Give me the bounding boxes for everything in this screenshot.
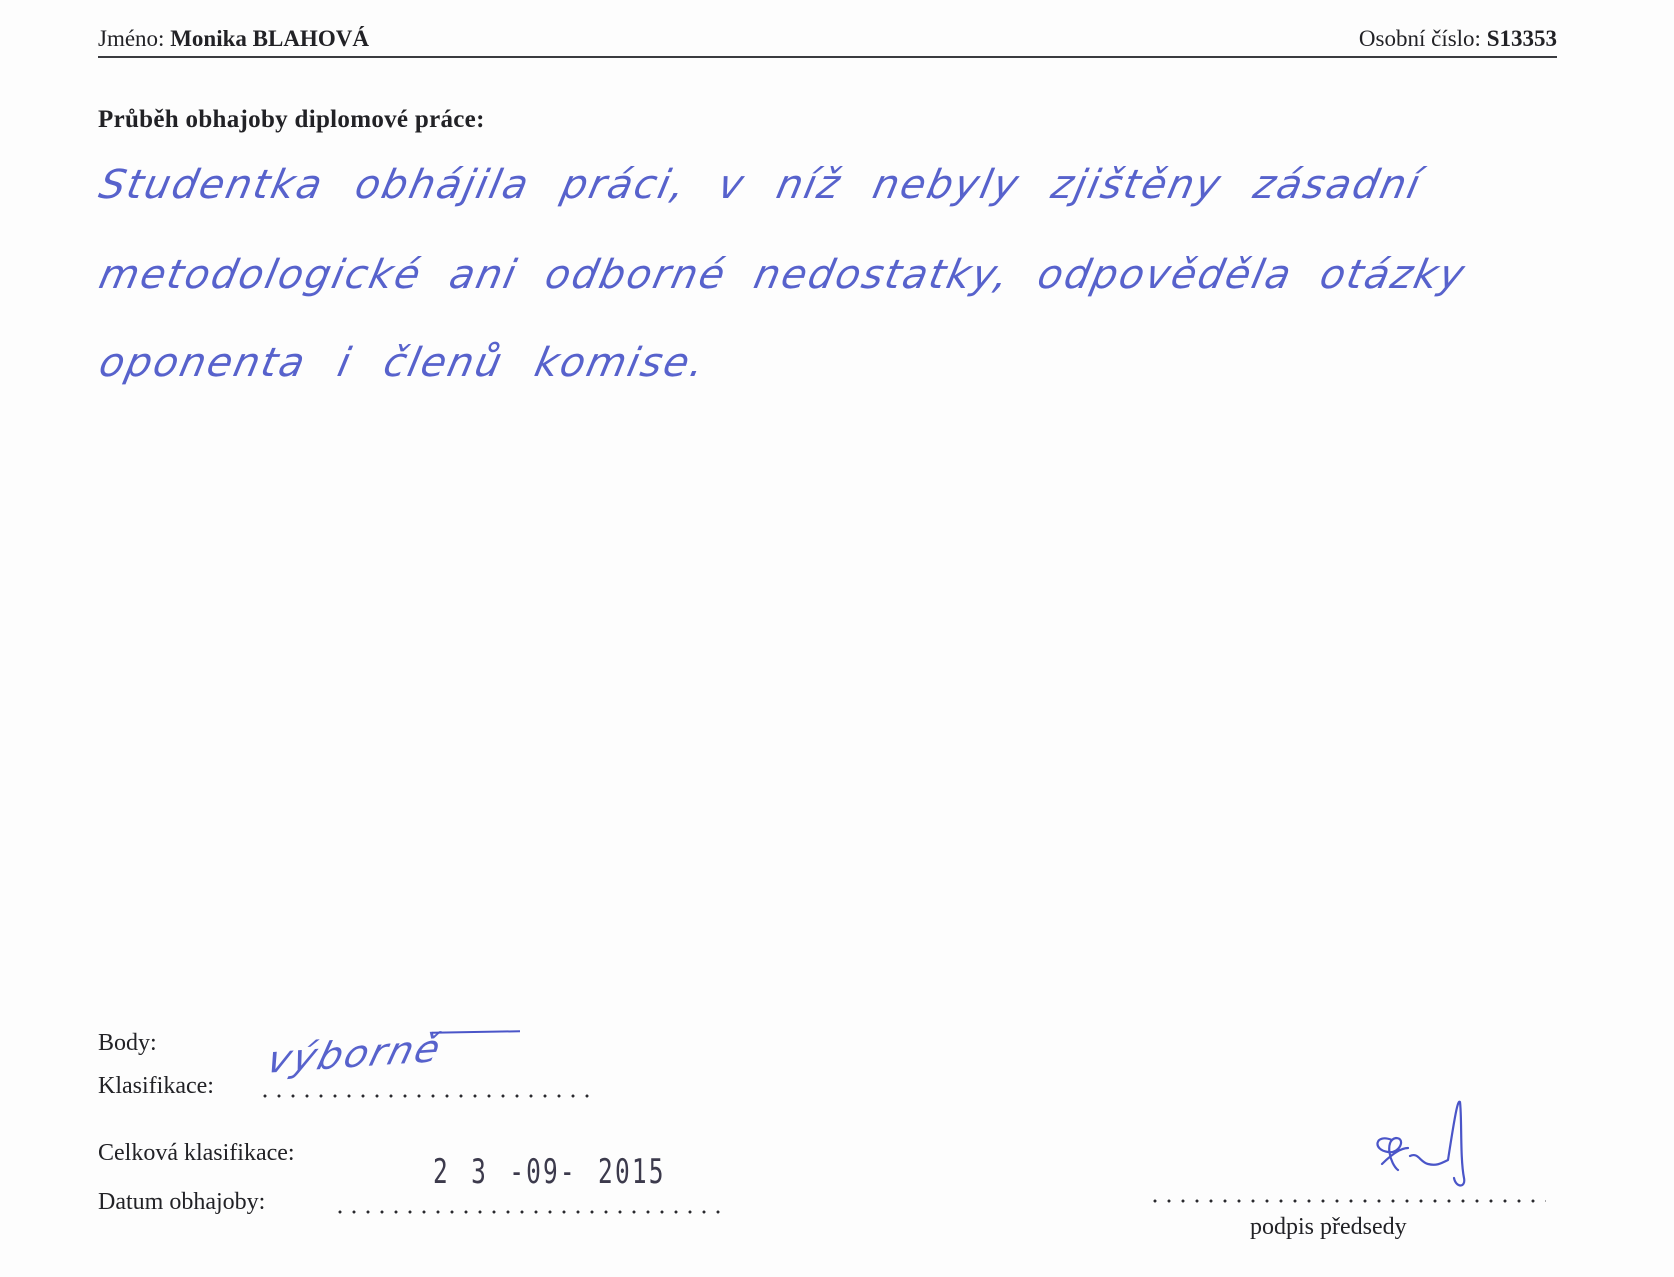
chair-signature-label: podpis předsedy [1250,1214,1407,1241]
overall-classification-label: Celková klasifikace: [98,1140,295,1167]
date-stamp: 2 3 -09- 2015 [433,1152,666,1192]
student-id-field: Osobní číslo: S13353 [1359,26,1557,52]
student-id: S13353 [1487,26,1557,51]
classification-label: Klasifikace: [98,1073,214,1100]
defense-date-label: Datum obhajoby: [98,1189,265,1216]
header-divider [98,56,1557,58]
handwritten-stroke [432,1030,520,1034]
name-label: Jméno: [98,26,164,51]
points-label: Body: [98,1030,157,1057]
defense-date-dotted-line [333,1189,723,1217]
student-name: Monika BLAHOVÁ [170,26,369,51]
student-name-field: Jméno: Monika BLAHOVÁ [98,26,369,52]
signature-dotted-line [1148,1178,1546,1206]
id-label: Osobní číslo: [1359,26,1481,51]
handwritten-note-line: oponenta i členů komise. [95,340,710,386]
handwritten-note-line: metodologické ani odborné nedostatky, od… [95,252,1470,298]
handwritten-note-line: Studentka obhájila práci, v níž nebyly z… [95,162,1426,208]
section-title: Průběh obhajoby diplomové práce: [98,106,485,134]
